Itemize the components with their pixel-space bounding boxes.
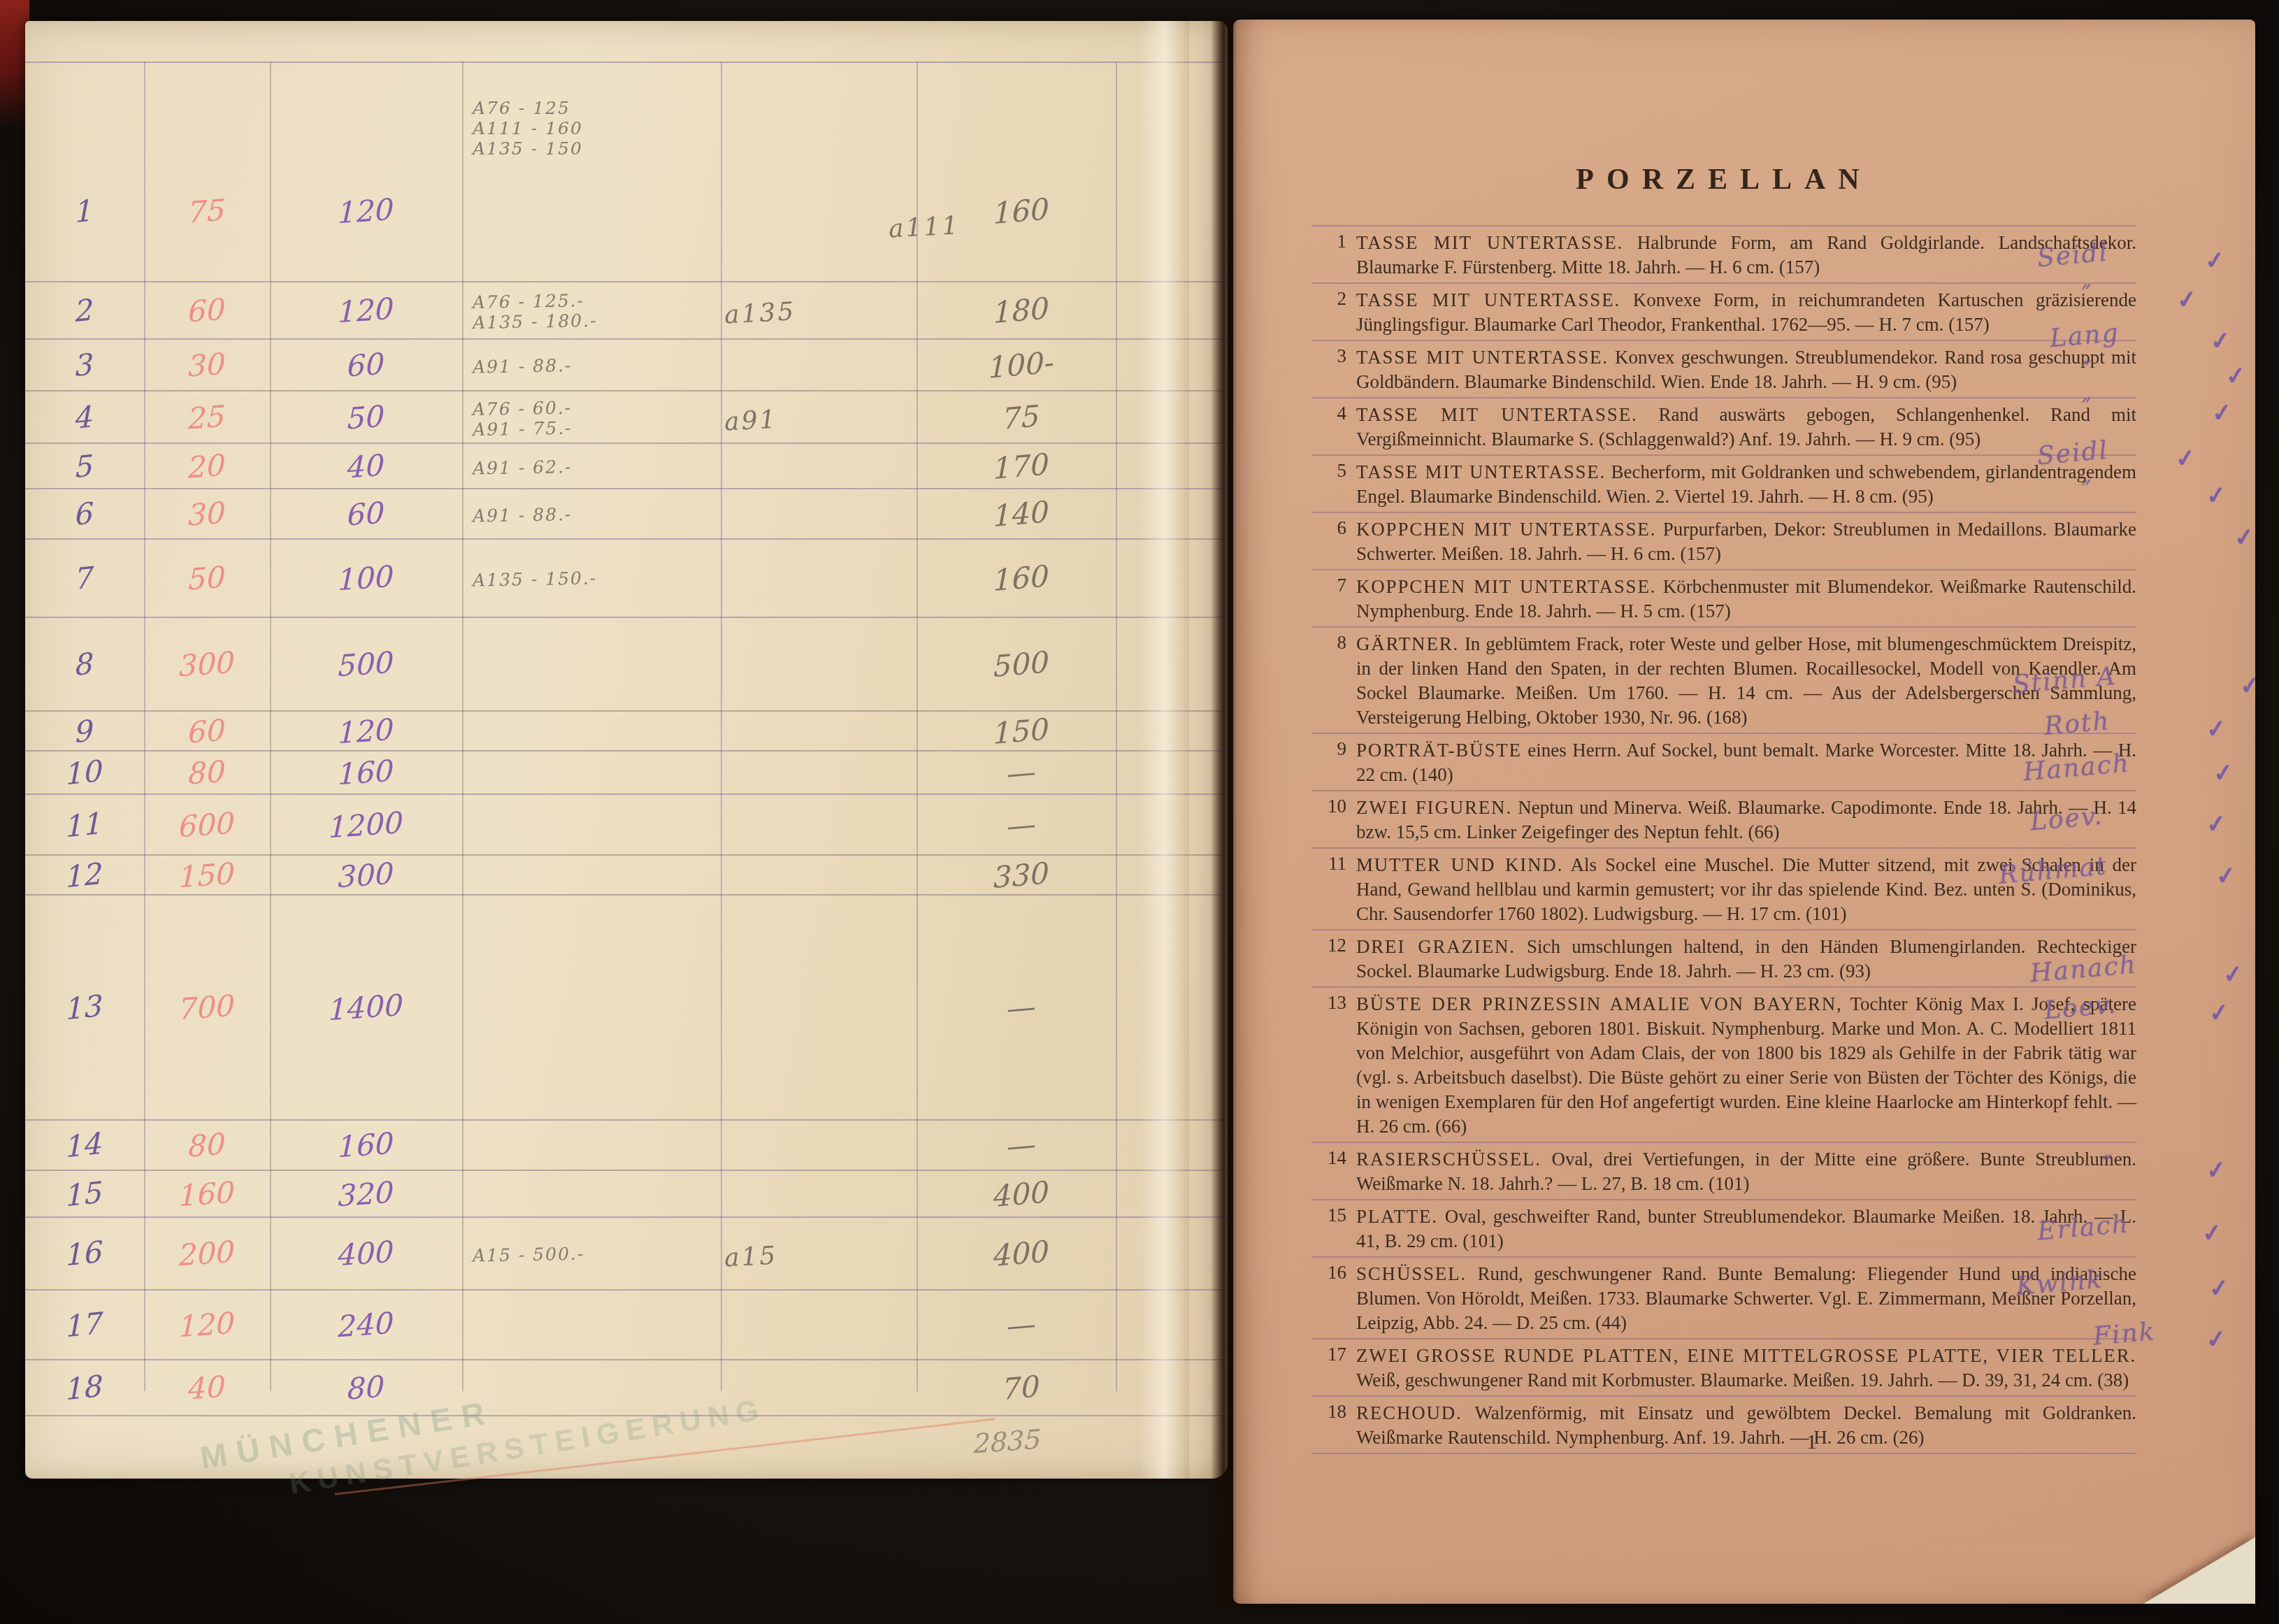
buyer-name-annotation: ″ [2081, 475, 2094, 505]
bid-annotations [473, 822, 717, 826]
bidder-code: a135 [724, 291, 914, 329]
checkmark-annotation: ✓ [2201, 1219, 2224, 1249]
limit-price-red: 700 [144, 986, 270, 1029]
lot-number: 10 [25, 749, 143, 796]
lot-number: 4 [25, 394, 143, 440]
checkmark-annotation: ✓ [2208, 1274, 2231, 1304]
hammer-price: 400 [924, 1228, 1119, 1279]
bid-annotations: A76 - 125.- A135 - 180.- [473, 288, 718, 333]
estimate-purple: 120 [270, 707, 462, 754]
hammer-price: 170 [924, 440, 1119, 492]
bidder-code [724, 659, 913, 669]
page-corner-fold [2143, 1537, 2255, 1604]
checkmark-annotation: ✓ [2238, 671, 2262, 701]
buyer-name-annotation: Seidl [2036, 238, 2109, 273]
estimate-purple: 120 [270, 187, 462, 235]
ledger-row: 9 60 120 150 [25, 712, 1228, 752]
buyer-name-annotation: ″ [2081, 280, 2094, 309]
hammer-price: 70 [924, 1362, 1119, 1414]
bid-annotations: A76 - 125 A111 - 160 A135 - 150 [473, 98, 717, 159]
buyer-name-annotation: Stinn A [2011, 662, 2117, 700]
margin-annotations: Seidl✓″✓Lang✓″✓″✓Seidl✓″✓✓Stinn A✓Roth✓H… [1233, 20, 2255, 1604]
bidder-code [724, 1320, 913, 1330]
ledger-column-line [1116, 62, 1117, 1391]
limit-price-red: 50 [144, 556, 270, 600]
ledger-row: 2 60 120 A76 - 125.- A135 - 180.- a135 1… [25, 282, 1228, 340]
hammer-price: 100- [924, 339, 1119, 391]
ledger-row: 8 300 500 500 [25, 618, 1228, 712]
estimate-purple: 1400 [270, 984, 462, 1031]
checkmark-annotation: ✓ [2208, 998, 2231, 1028]
bid-annotations: A135 - 150.- [473, 566, 717, 590]
buyer-name-annotation: Loev. [2043, 991, 2118, 1026]
book-spread: 1 75 120 A76 - 125 A111 - 160 A135 - 150… [0, 0, 2279, 1624]
hammer-price: — [924, 747, 1119, 798]
ledger-row: 4 25 50 A76 - 60.- A91 - 75.- a91 75 [25, 391, 1228, 444]
checkmark-annotation: ✓ [2205, 1325, 2228, 1355]
estimate-purple: 100 [270, 554, 462, 602]
checkmark-annotation: ✓ [2224, 361, 2248, 391]
ledger-row: 12 150 300 330 [25, 856, 1228, 896]
limit-price-red: 150 [144, 854, 270, 897]
lot-number: 13 [25, 984, 143, 1030]
ledger-row: 10 80 160 — [25, 752, 1228, 795]
buyer-name-annotation: Roth [2043, 707, 2111, 741]
estimate-purple: 160 [270, 749, 462, 796]
bidder-code: a91 [724, 398, 914, 436]
ledger-row: 11 600 1200 — [25, 795, 1228, 856]
buyer-name-annotation: Fink [2092, 1317, 2157, 1351]
buyer-name-annotation: ″ [2081, 356, 2094, 385]
bid-annotations [473, 1143, 717, 1147]
buyer-name-annotation: Loev. [2029, 802, 2104, 837]
checkmark-annotation: ✓ [2210, 398, 2234, 429]
ledger-row: 17 120 240 — [25, 1291, 1228, 1360]
lot-number: 3 [25, 341, 143, 388]
checkmark-annotation: ✓ [2215, 861, 2238, 891]
ledger-row: 7 50 100 A135 - 150.- 160 [25, 540, 1228, 618]
lot-number: 2 [25, 287, 143, 333]
ledger-row: 15 160 320 400 [25, 1171, 1228, 1218]
ledger-row: 1 75 120 A76 - 125 A111 - 160 A135 - 150… [25, 63, 1228, 282]
limit-price-red: 30 [144, 343, 270, 387]
ledger-row: 14 80 160 — [25, 1121, 1228, 1171]
checkmark-annotation: ✓ [2212, 759, 2235, 789]
limit-price-red: 30 [144, 492, 270, 536]
limit-price-red: 75 [144, 189, 270, 233]
bidder-code [724, 509, 913, 519]
bidder-code [724, 360, 913, 370]
lot-number: 8 [25, 640, 143, 687]
checkmark-annotation: ✓ [2205, 481, 2228, 511]
bid-annotations: A91 - 88.- [473, 501, 717, 526]
ledger-column-line [144, 62, 145, 1391]
lot-number: 7 [25, 554, 143, 601]
bidder-code [724, 1003, 913, 1012]
limit-price-red: 25 [144, 396, 270, 439]
limit-price-red: 160 [144, 1172, 270, 1216]
hammer-price: 330 [924, 849, 1119, 901]
lot-number: 5 [25, 443, 143, 489]
limit-price-red: 80 [144, 751, 270, 794]
hammer-price: — [924, 1119, 1119, 1171]
limit-price-red: 40 [144, 1366, 270, 1409]
checkmark-annotation: ✓ [2174, 444, 2197, 474]
ledger-column-line [462, 62, 463, 1391]
ledger-column-line [916, 62, 918, 1391]
estimate-purple: 40 [270, 442, 462, 489]
ledger-column-line [721, 62, 722, 1391]
estimate-purple: 400 [270, 1230, 462, 1277]
estimate-purple: 120 [270, 287, 462, 334]
hammer-price: 180 [924, 285, 1119, 336]
buyer-name-annotation: Erlach [2036, 1209, 2130, 1246]
lot-number: 17 [25, 1301, 143, 1348]
lot-number: 6 [25, 490, 143, 537]
bid-annotations: A15 - 500.- [473, 1241, 717, 1265]
ledger-rows: 1 75 120 A76 - 125 A111 - 160 A135 - 150… [25, 62, 1228, 1416]
limit-price-red: 60 [144, 289, 270, 332]
lot-number: 9 [25, 707, 143, 754]
limit-price-red: 20 [144, 445, 270, 488]
limit-price-red: 300 [144, 642, 270, 686]
buyer-name-annotation: Hanach [2029, 950, 2138, 988]
ledger-row: 6 30 60 A91 - 88.- 140 [25, 489, 1228, 540]
bid-annotations: A76 - 60.- A91 - 75.- [473, 394, 718, 439]
ledger-row: 13 700 1400 — [25, 896, 1228, 1121]
estimate-purple: 60 [270, 341, 462, 389]
limit-price-red: 600 [144, 803, 270, 847]
hammer-price: 140 [924, 488, 1119, 540]
estimate-purple: 320 [270, 1170, 462, 1217]
bidder-code [724, 819, 913, 829]
checkmark-annotation: ✓ [2205, 1156, 2228, 1186]
buyer-name-annotation: Kwink [2015, 1265, 2104, 1302]
estimate-purple: 240 [270, 1301, 462, 1349]
bidder-code: a15 [724, 1234, 914, 1272]
ledger-column-line [270, 62, 271, 1391]
lot-number: 11 [25, 801, 143, 848]
lot-number: 15 [25, 1170, 143, 1217]
limit-price-red: 60 [144, 710, 270, 753]
buyer-name-annotation: Seidl [2036, 436, 2109, 471]
estimate-purple: 60 [270, 490, 462, 538]
estimate-purple: 1200 [270, 800, 462, 848]
estimate-purple: 500 [270, 640, 462, 688]
bidder-code [724, 768, 913, 777]
bidder-code [724, 1188, 913, 1198]
limit-price-red: 80 [144, 1123, 270, 1167]
buyer-name-annotation: ″ [2102, 1150, 2115, 1179]
lot-number: 18 [25, 1364, 143, 1411]
bid-annotations [473, 872, 717, 877]
estimate-purple: 50 [270, 393, 462, 440]
hammer-price: 75 [924, 391, 1119, 443]
checkmark-annotation: ✓ [2222, 960, 2245, 990]
buyer-name-annotation: Hanach [2022, 749, 2131, 786]
hammer-price: — [924, 982, 1119, 1033]
estimate-purple: 300 [270, 851, 462, 898]
bidder-code [724, 573, 913, 583]
hammer-price: 400 [924, 1168, 1119, 1220]
buyer-name-annotation: ″ [2081, 393, 2094, 422]
limit-price-red: 120 [144, 1303, 270, 1346]
hammer-price: 160 [924, 552, 1119, 604]
catalog-page: PORZELLAN 1 TASSE MIT UNTERTASSE. Halbru… [1233, 20, 2255, 1604]
hammer-price: — [924, 799, 1119, 851]
checkmark-annotation: ✓ [2176, 285, 2199, 315]
hammer-price: 500 [924, 638, 1119, 690]
lot-number: 1 [25, 188, 143, 235]
bid-annotations: A91 - 62.- [473, 454, 717, 478]
lot-number: 16 [25, 1230, 143, 1277]
ledger-row: 5 20 40 A91 - 62.- 170 [25, 444, 1228, 489]
checkmark-annotation: ✓ [2205, 810, 2228, 840]
ledger-page: 1 75 120 A76 - 125 A111 - 160 A135 - 150… [25, 21, 1228, 1479]
bid-annotations [473, 728, 717, 733]
bidder-code [724, 461, 913, 470]
bid-annotations [473, 770, 717, 775]
hammer-price: — [924, 1299, 1119, 1351]
bid-annotations [473, 1005, 717, 1009]
bidder-code [724, 726, 913, 735]
ledger-row: 3 30 60 A91 - 88.- 100- [25, 340, 1228, 391]
buyer-name-annotation: Lang [2048, 319, 2120, 354]
page-number: 1 [1806, 1430, 1817, 1454]
checkmark-annotation: ✓ [2205, 714, 2228, 745]
checkmark-annotation: ✓ [2209, 326, 2232, 357]
lot-number: 14 [25, 1121, 143, 1168]
bid-annotations [473, 1191, 717, 1195]
bidder-code [724, 1140, 913, 1150]
checkmark-annotation: ✓ [2203, 246, 2227, 276]
bid-annotations [473, 1323, 717, 1327]
book-gutter [1211, 18, 1237, 1607]
limit-price-red: 200 [144, 1232, 270, 1275]
checkmark-annotation: ✓ [2233, 523, 2256, 553]
bid-annotations: A91 - 88.- [473, 352, 717, 377]
bid-annotations [473, 662, 717, 666]
estimate-purple: 160 [270, 1121, 462, 1169]
bidder-code [724, 870, 913, 879]
lot-number: 12 [25, 851, 143, 898]
ledger-row: 16 200 400 A15 - 500.- a15 400 [25, 1218, 1228, 1291]
buyer-name-annotation: Rühmat [1998, 851, 2109, 889]
